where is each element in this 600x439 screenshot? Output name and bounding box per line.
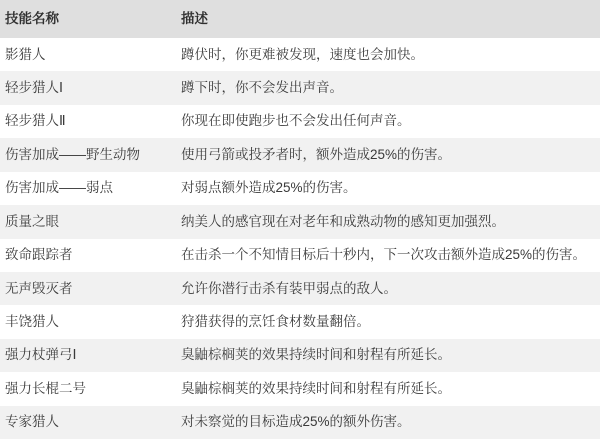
description-cell: 臭鼬棕榈荚的效果持续时间和射程有所延长。 [176,372,600,405]
description-cell: 狩猎获得的烹饪食材数量翻倍。 [176,305,600,338]
table-row: 轻步猎人Ⅰ 蹲下时，你不会发出声音。 [0,71,600,104]
skill-name-cell: 伤害加成——弱点 [0,172,176,205]
description-cell: 允许你潜行击杀有装甲弱点的敌人。 [176,272,600,305]
description-cell: 臭鼬棕榈荚的效果持续时间和射程有所延长。 [176,339,600,372]
description-cell: 对未察觉的目标造成25%的额外伤害。 [176,406,600,439]
table-row: 轻步猎人Ⅱ 你现在即使跑步也不会发出任何声音。 [0,105,600,138]
table-row: 伤害加成——野生动物 使用弓箭或投矛者时，额外造成25%的伤害。 [0,138,600,171]
skill-name-cell: 伤害加成——野生动物 [0,138,176,171]
skill-name-cell: 丰饶猎人 [0,305,176,338]
table-row: 丰饶猎人 狩猎获得的烹饪食材数量翻倍。 [0,305,600,338]
description-cell: 使用弓箭或投矛者时，额外造成25%的伤害。 [176,138,600,171]
table-row: 强力杖弹弓Ⅰ 臭鼬棕榈荚的效果持续时间和射程有所延长。 [0,339,600,372]
table-row: 专家猎人 对未察觉的目标造成25%的额外伤害。 [0,406,600,439]
table-body: 影猎人 蹲伏时，你更难被发现，速度也会加快。 轻步猎人Ⅰ 蹲下时，你不会发出声音… [0,38,600,439]
description-cell: 纳美人的感官现在对老年和成熟动物的感知更加强烈。 [176,205,600,238]
table-row: 强力长棍二号 臭鼬棕榈荚的效果持续时间和射程有所延长。 [0,372,600,405]
description-cell: 蹲下时，你不会发出声音。 [176,71,600,104]
table-row: 伤害加成——弱点 对弱点额外造成25%的伤害。 [0,172,600,205]
column-header-skill-name: 技能名称 [0,0,176,38]
skill-name-cell: 专家猎人 [0,406,176,439]
skill-name-cell: 影猎人 [0,38,176,71]
skill-name-cell: 强力杖弹弓Ⅰ [0,339,176,372]
description-cell: 蹲伏时，你更难被发现，速度也会加快。 [176,38,600,71]
skill-name-cell: 强力长棍二号 [0,372,176,405]
skills-table: 技能名称 描述 影猎人 蹲伏时，你更难被发现，速度也会加快。 轻步猎人Ⅰ 蹲下时… [0,0,600,439]
table-header-row: 技能名称 描述 [0,0,600,38]
description-cell: 你现在即使跑步也不会发出任何声音。 [176,105,600,138]
table-row: 致命跟踪者 在击杀一个不知情目标后十秒内，下一次攻击额外造成25%的伤害。 [0,239,600,272]
table-row: 质量之眼 纳美人的感官现在对老年和成熟动物的感知更加强烈。 [0,205,600,238]
description-cell: 在击杀一个不知情目标后十秒内，下一次攻击额外造成25%的伤害。 [176,239,600,272]
column-header-description: 描述 [176,0,600,38]
skill-name-cell: 质量之眼 [0,205,176,238]
table-row: 影猎人 蹲伏时，你更难被发现，速度也会加快。 [0,38,600,71]
skill-name-cell: 无声毁灭者 [0,272,176,305]
description-cell: 对弱点额外造成25%的伤害。 [176,172,600,205]
skill-name-cell: 轻步猎人Ⅰ [0,71,176,104]
skill-name-cell: 致命跟踪者 [0,239,176,272]
table-row: 无声毁灭者 允许你潜行击杀有装甲弱点的敌人。 [0,272,600,305]
skill-name-cell: 轻步猎人Ⅱ [0,105,176,138]
